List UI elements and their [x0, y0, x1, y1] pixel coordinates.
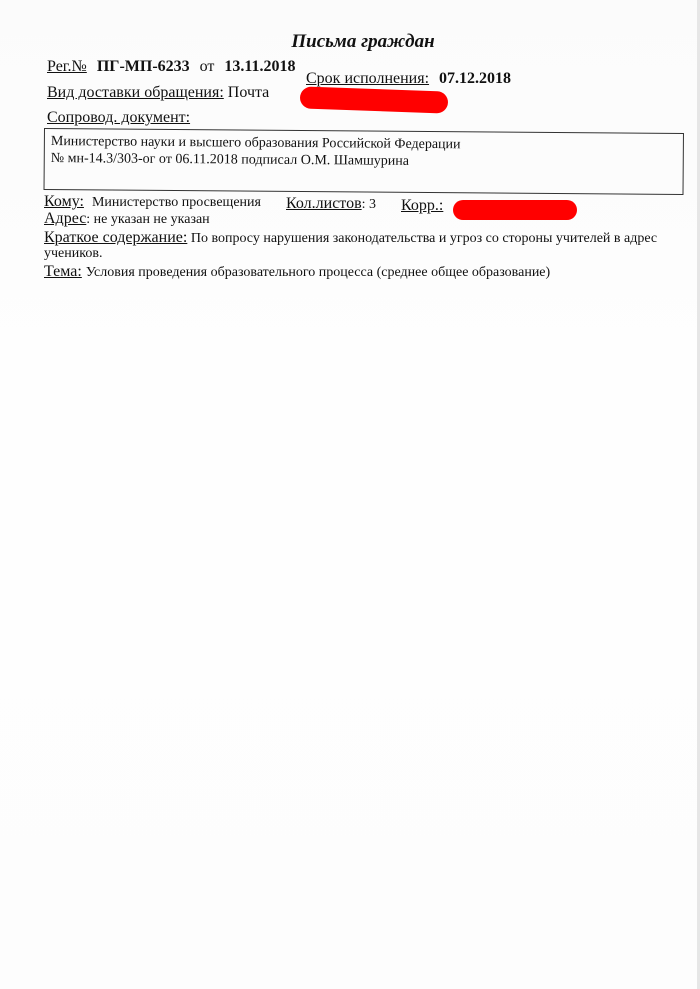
sheets-label: Кол.листов: [286, 195, 362, 212]
address-row: Адрес: не указан не указан: [44, 210, 210, 228]
correspondent-row: Корр.:: [401, 197, 443, 215]
topic-value: Условия проведения образовательного проц…: [86, 265, 550, 280]
recipient-row: Кому: Министерство просвещения: [44, 193, 261, 211]
summary-label: Краткое содержание:: [44, 229, 187, 246]
sheets-row: Кол.листов: 3: [286, 195, 376, 213]
accompanying-line-2: № мн-14.3/303-ог от 06.11.2018 подписал …: [51, 150, 677, 172]
recipient-value: Министерство просвещения: [92, 195, 261, 210]
document-title: Письма граждан: [0, 31, 700, 53]
deadline-date: 07.12.2018: [439, 70, 511, 87]
registration-number: ПГ-МП-6233: [97, 58, 190, 75]
accompanying-label-row: Сопровод. документ:: [47, 109, 190, 127]
address-label: Адрес: [44, 210, 86, 227]
address-value: : не указан не указан: [86, 212, 209, 227]
topic-label: Тема:: [44, 263, 82, 280]
delivery-row: Вид доставки обращения: Почта: [47, 84, 269, 102]
deadline-row: Срок исполнения: 07.12.2018: [306, 70, 511, 88]
correspondent-redaction: [453, 200, 577, 220]
accompanying-label: Сопровод. документ:: [47, 109, 190, 126]
deadline-label: Срок исполнения:: [306, 70, 429, 87]
topic-row: Тема: Условия проведения образовательног…: [44, 263, 550, 281]
delivery-value: Почта: [228, 84, 269, 101]
scanned-page: Письма граждан Рег.№ ПГ-МП-6233 от 13.11…: [0, 0, 700, 989]
registration-date: 13.11.2018: [224, 58, 295, 75]
recipient-label: Кому:: [44, 193, 84, 210]
accompanying-document-box: Министерство науки и высшего образования…: [44, 128, 684, 195]
registration-row: Рег.№ ПГ-МП-6233 от 13.11.2018: [47, 58, 296, 76]
registration-from: от: [200, 58, 215, 75]
redaction-mark: [300, 86, 449, 113]
registration-label: Рег.№: [47, 58, 87, 75]
sheets-value: : 3: [362, 197, 376, 212]
correspondent-label: Корр.:: [401, 197, 443, 214]
summary-block: Краткое содержание: По вопросу нарушения…: [44, 230, 684, 261]
delivery-label: Вид доставки обращения:: [47, 84, 224, 101]
